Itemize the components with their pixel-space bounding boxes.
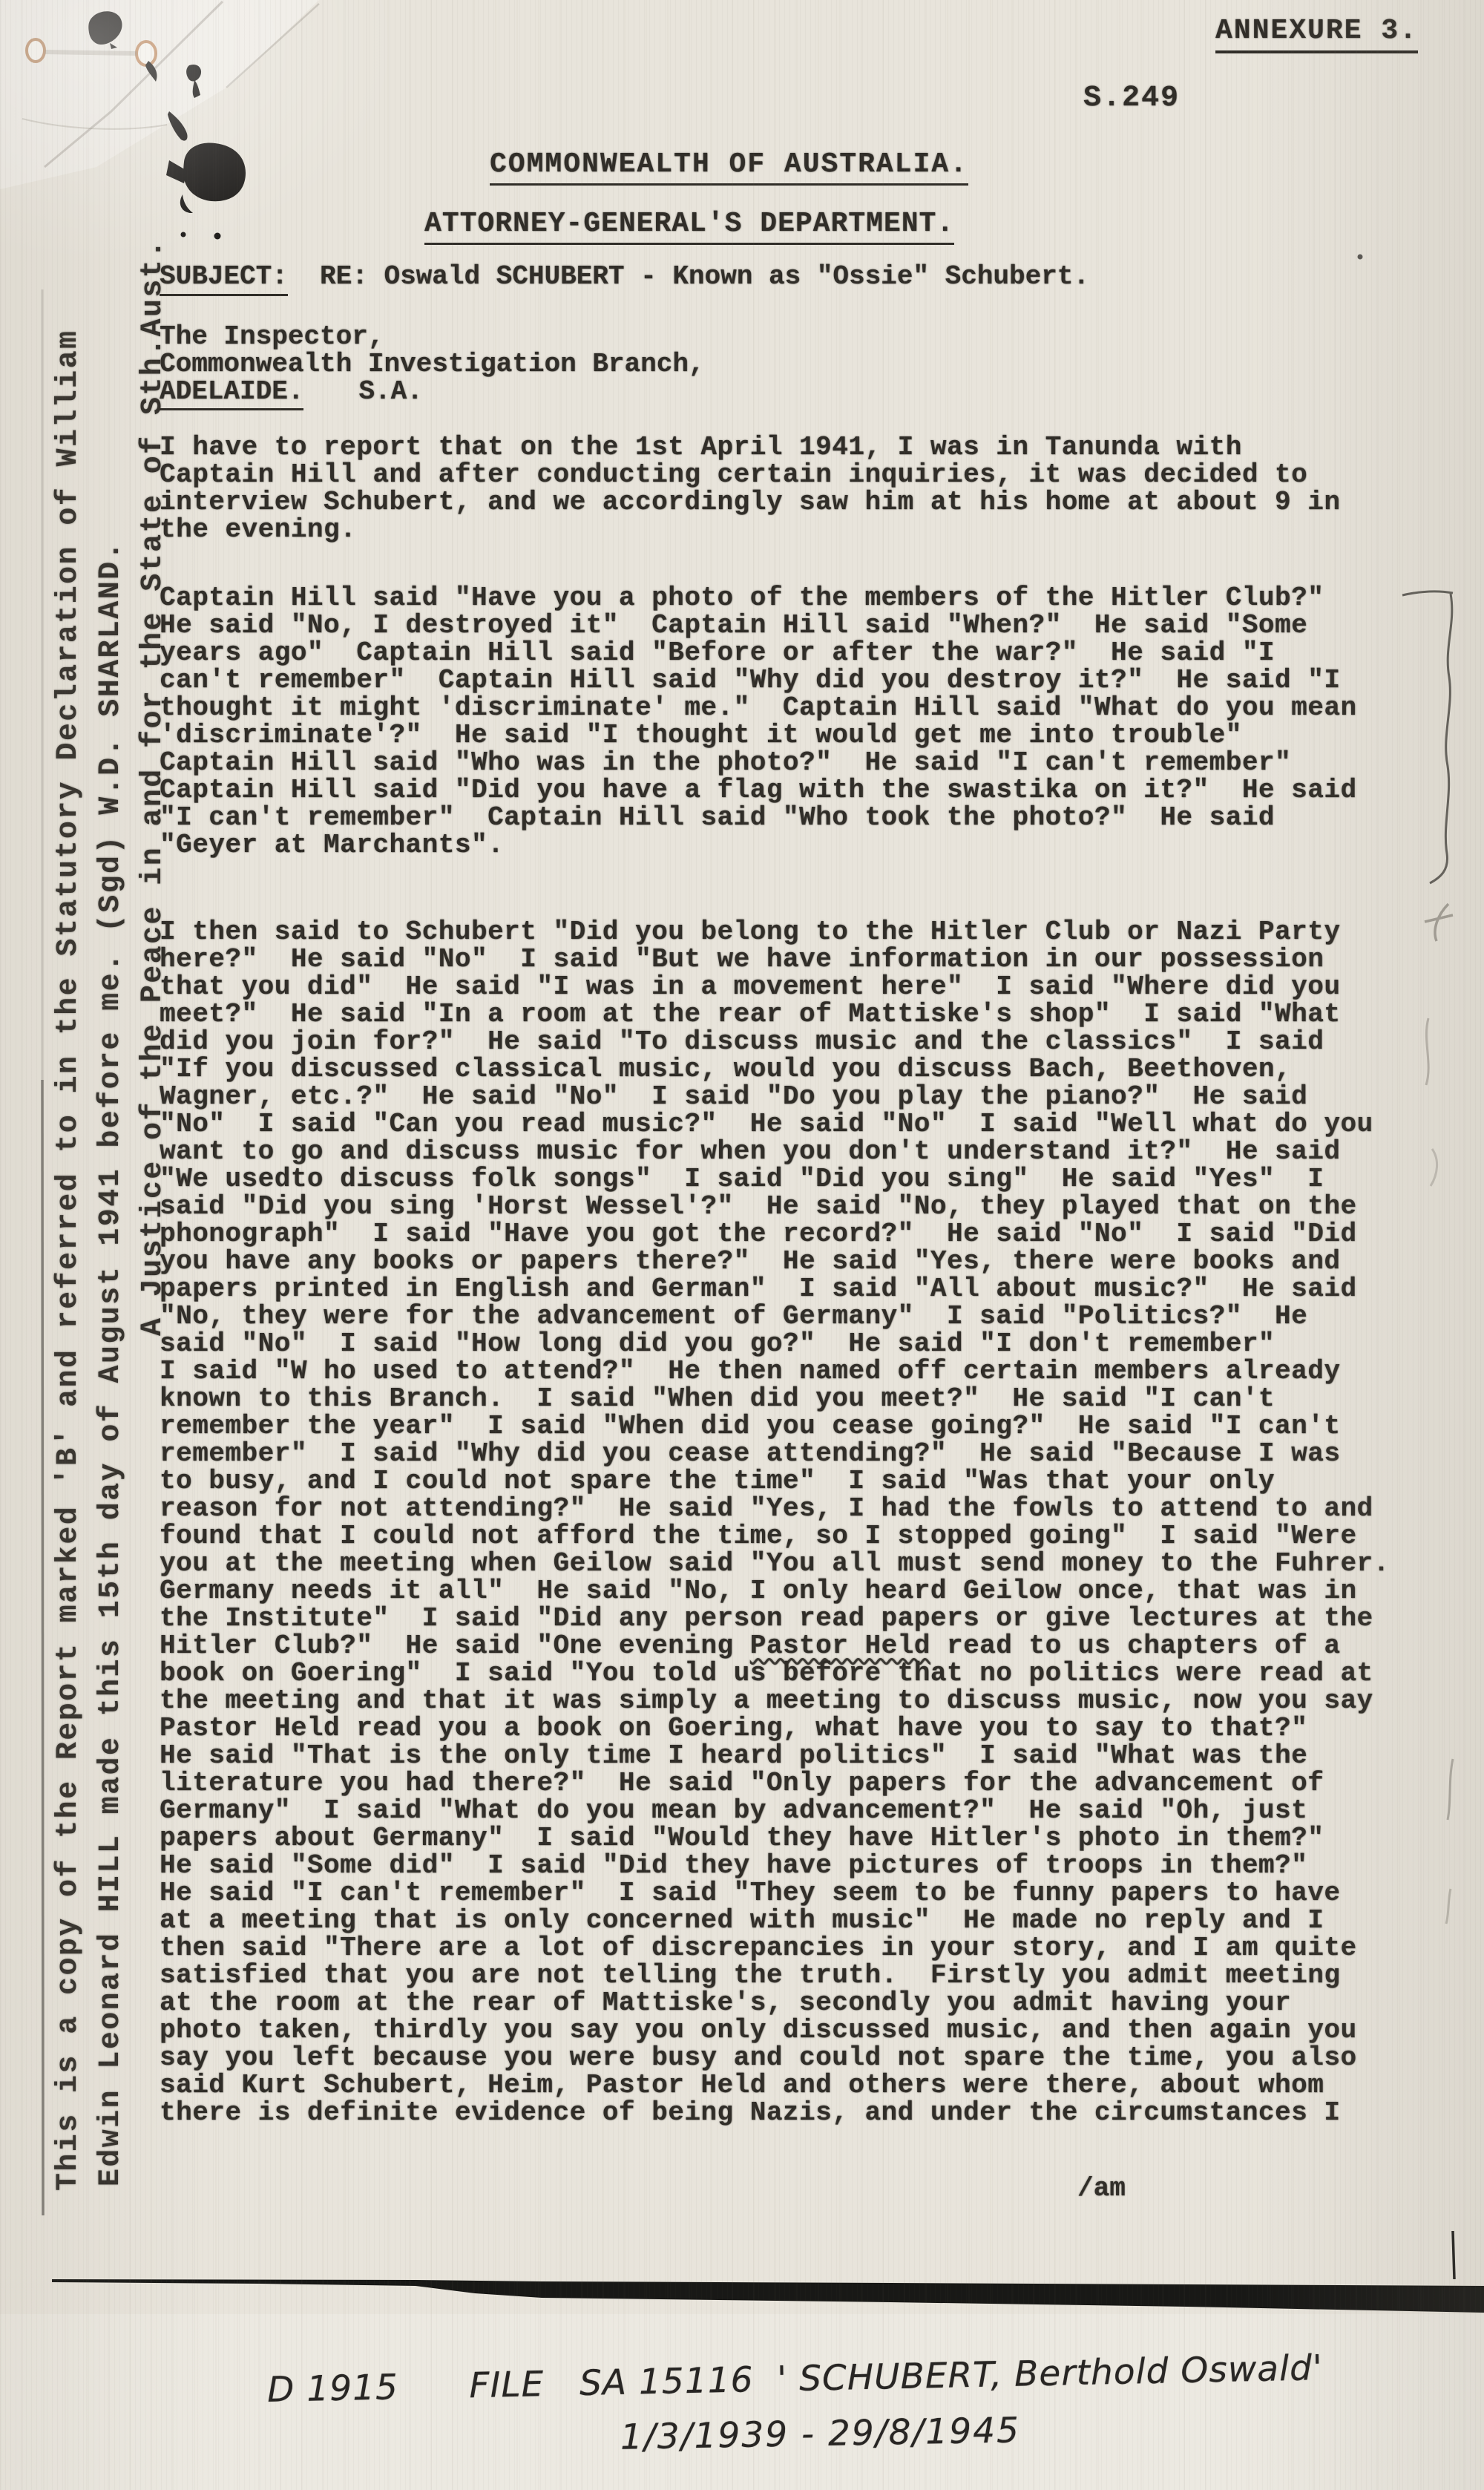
address-state: S.A.	[358, 376, 422, 407]
margin-note-line-1: This is a copy of the Report marked 'B' …	[52, 330, 85, 2191]
underlined-phrase: Pastor Held	[750, 1631, 930, 1661]
address-line-3: ADELAIDE.S.A.	[160, 376, 423, 407]
paragraph-interview-1: Captain Hill said "Have you a photo of t…	[160, 584, 1357, 859]
org-title: COMMONWEALTH OF AUSTRALIA.	[490, 148, 968, 186]
catchword: /am	[1077, 2173, 1126, 2204]
margin-note-line-2: Edwin Leonard HILL made this 15th day of…	[94, 540, 128, 2186]
subject-label: SUBJECT:	[160, 261, 288, 296]
staple-holes	[27, 39, 156, 65]
subject-line: SUBJECT: RE: Oswald SCHUBERT - Known as …	[160, 261, 1089, 292]
pencil-margin-marks	[1425, 904, 1453, 1924]
paragraph-report-intro: I have to report that on the 1st April 1…	[160, 433, 1340, 543]
left-edge-line	[42, 289, 43, 2215]
annexure-label: ANNEXURE 3.	[1215, 15, 1418, 53]
address-city: ADELAIDE.	[160, 376, 303, 410]
scan-bottom-zone	[0, 2314, 1484, 2490]
scan-band	[52, 2231, 1484, 2313]
corner-crease	[0, 0, 319, 189]
paragraph-interview-2: I then said to Schubert "Did you belong …	[160, 918, 1390, 2126]
address-line-1: The Inspector,	[160, 321, 384, 352]
subject-text: RE: Oswald SCHUBERT - Known as "Ossie" S…	[320, 261, 1089, 292]
dept-title: ATTORNEY-GENERAL'S DEPARTMENT.	[424, 208, 954, 245]
address-line-2: Commonwealth Investigation Branch,	[160, 349, 705, 379]
file-stamp-number: S.249	[1083, 82, 1180, 115]
document-page: ANNEXURE 3. S.249 COMMONWEALTH OF AUSTRA…	[0, 0, 1484, 2490]
margin-note-line-3: A Justice of the Peace in and for the St…	[137, 238, 170, 1336]
handwritten-date-range: 1/3/1939 - 29/8/1945	[620, 2410, 1021, 2457]
margin-wavy-line	[1402, 592, 1453, 883]
